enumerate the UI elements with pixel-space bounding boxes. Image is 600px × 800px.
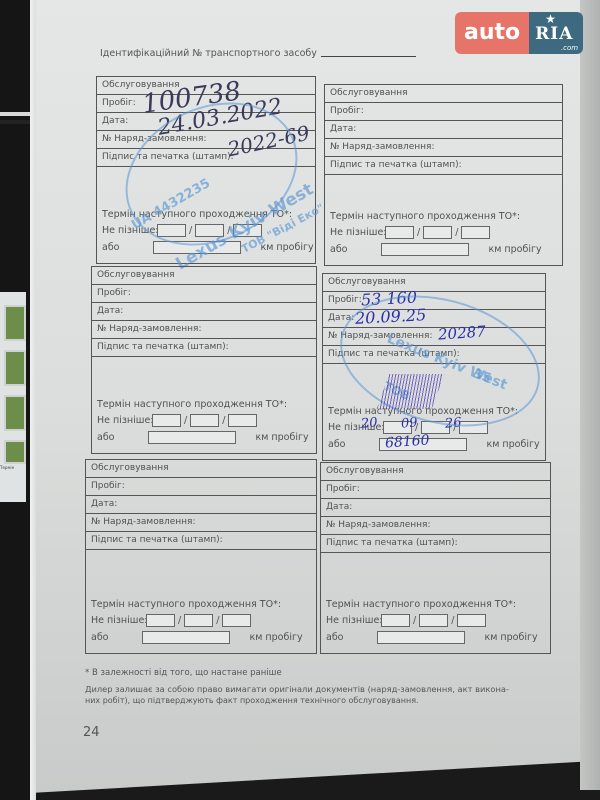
km-label: км пробігу: [261, 242, 314, 253]
service-record-3: ОбслуговуванняПробіг:Дата:№ Наряд-замовл…: [91, 266, 317, 454]
km-label: км пробігу: [487, 439, 540, 450]
date-field[interactable]: Дата:: [86, 496, 316, 514]
next-service-km-row: абокм пробігу: [102, 241, 314, 254]
next-service-date-row: Не пізніше://: [102, 224, 262, 237]
order-number-field[interactable]: № Наряд-замовлення:: [323, 328, 545, 346]
signature-scribble: [377, 374, 445, 409]
slash: /: [455, 227, 458, 238]
signature-field[interactable]: Підпис та печатка (штамп):: [97, 149, 315, 167]
slash: /: [178, 615, 181, 626]
next-service-label: Термін наступного проходження ТО*:: [91, 599, 281, 610]
order-number-field[interactable]: № Наряд-замовлення:: [97, 131, 315, 149]
mileage-field[interactable]: Пробіг:: [92, 285, 316, 303]
mileage-field[interactable]: Пробіг:: [325, 103, 562, 121]
next-month-box[interactable]: [421, 421, 450, 434]
service-title: Обслуговування: [97, 77, 315, 95]
next-service-label: Термін наступного проходження ТО*:: [326, 599, 516, 610]
next-km-box[interactable]: [142, 631, 230, 644]
next-year-box[interactable]: [233, 224, 262, 237]
service-title: Обслуговування: [86, 460, 316, 478]
service-record-1: ОбслуговуванняПробіг:Дата:№ Наряд-замовл…: [96, 76, 316, 264]
signature-field[interactable]: Підпис та печатка (штамп):: [321, 535, 550, 553]
date-field[interactable]: Дата:: [92, 303, 316, 321]
order-number-field[interactable]: № Наряд-замовлення:: [321, 517, 550, 535]
order-number-field[interactable]: № Наряд-замовлення:: [86, 514, 316, 532]
date-field[interactable]: Дата:: [325, 121, 562, 139]
next-month-box[interactable]: [195, 224, 224, 237]
next-service-date-row: Не пізніше://: [97, 414, 257, 427]
next-day-box[interactable]: [381, 614, 410, 627]
next-service-label: Термін наступного проходження ТО*:: [330, 211, 520, 222]
slash: /: [453, 422, 456, 433]
next-service-km-row: абокм пробігу: [97, 431, 309, 444]
next-km-box[interactable]: [148, 431, 236, 444]
next-day-box[interactable]: [385, 226, 414, 239]
service-title: Обслуговування: [323, 274, 545, 292]
or-label: або: [330, 244, 348, 255]
signature-field[interactable]: Підпис та печатка (штамп):: [323, 346, 545, 364]
mileage-field[interactable]: Пробіг:: [86, 478, 316, 496]
order-number-field[interactable]: № Наряд-замовлення:: [92, 321, 316, 339]
next-service-label: Термін наступного проходження ТО*:: [102, 209, 292, 220]
km-label: км пробігу: [250, 632, 303, 643]
watermark-com: .com: [561, 44, 578, 52]
next-km-box[interactable]: [377, 631, 465, 644]
watermark-ria: ★ RIA .com: [529, 12, 583, 54]
next-service-date-row: Не пізніше://: [330, 226, 490, 239]
next-month-box[interactable]: [190, 414, 219, 427]
next-month-box[interactable]: [419, 614, 448, 627]
not-later-label: Не пізніше:: [326, 615, 381, 626]
service-record-5: ОбслуговуванняПробіг:Дата:№ Наряд-замовл…: [85, 459, 317, 654]
date-field[interactable]: Дата:: [323, 310, 545, 328]
autoria-watermark: auto ★ RIA .com: [455, 12, 583, 54]
not-later-label: Не пізніше:: [330, 227, 385, 238]
vin-blank: [321, 56, 416, 57]
slash: /: [222, 415, 225, 426]
date-field[interactable]: Дата:: [97, 113, 315, 131]
next-service-date-row: Не пізніше://: [328, 421, 488, 434]
service-title: Обслуговування: [325, 85, 562, 103]
next-service-km-row: абокм пробігу: [328, 438, 540, 451]
vin-label: Ідентифікаційний № транспортного засобу: [100, 48, 317, 59]
slash: /: [451, 615, 454, 626]
signature-field[interactable]: Підпис та печатка (штамп):: [92, 339, 316, 357]
next-month-box[interactable]: [184, 614, 213, 627]
page-edge: [30, 0, 36, 800]
or-label: або: [97, 432, 115, 443]
next-service-date-row: Не пізніше://: [326, 614, 486, 627]
page-right-edge: [580, 0, 600, 790]
vin-line: Ідентифікаційний № транспортного засобу: [100, 48, 416, 59]
next-year-box[interactable]: [461, 226, 490, 239]
next-service-km-row: абокм пробігу: [326, 631, 538, 644]
or-label: або: [326, 632, 344, 643]
not-later-label: Не пізніше:: [97, 415, 152, 426]
next-km-box[interactable]: [153, 241, 241, 254]
service-record-4: ОбслуговуванняПробіг:Дата:№ Наряд-замовл…: [322, 273, 546, 461]
not-later-label: Не пізніше:: [102, 225, 157, 236]
next-km-box[interactable]: [379, 438, 467, 451]
slash: /: [415, 422, 418, 433]
or-label: або: [328, 439, 346, 450]
mileage-field[interactable]: Пробіг:: [323, 292, 545, 310]
page-number: 24: [83, 725, 100, 740]
next-service-km-row: абокм пробігу: [330, 243, 542, 256]
next-service-km-row: абокм пробігу: [91, 631, 303, 644]
next-year-box[interactable]: [228, 414, 257, 427]
service-record-2: ОбслуговуванняПробіг:Дата:№ Наряд-замовл…: [324, 84, 563, 266]
next-km-box[interactable]: [381, 243, 469, 256]
next-year-box[interactable]: [459, 421, 488, 434]
order-number-field[interactable]: № Наряд-замовлення:: [325, 139, 562, 157]
next-year-box[interactable]: [457, 614, 486, 627]
next-day-box[interactable]: [152, 414, 181, 427]
slash: /: [417, 227, 420, 238]
dealer-note-line-2: них робіт), що підтверджують факт проход…: [85, 696, 419, 705]
slash: /: [184, 415, 187, 426]
slash: /: [189, 225, 192, 236]
km-label: км пробігу: [489, 244, 542, 255]
not-later-label: Не пізніше:: [91, 615, 146, 626]
service-title: Обслуговування: [321, 463, 550, 481]
or-label: або: [102, 242, 120, 253]
next-month-box[interactable]: [423, 226, 452, 239]
signature-field[interactable]: Підпис та печатка (штамп):: [325, 157, 562, 175]
km-label: км пробігу: [485, 632, 538, 643]
watermark-auto: auto: [455, 12, 529, 54]
next-year-box[interactable]: [222, 614, 251, 627]
slash: /: [413, 615, 416, 626]
date-field[interactable]: Дата:: [321, 499, 550, 517]
background-text: Термін: [0, 465, 14, 470]
km-label: км пробігу: [256, 432, 309, 443]
slash: /: [227, 225, 230, 236]
service-title: Обслуговування: [92, 267, 316, 285]
dealer-note-line-1: Дилер залишає за собою право вимагати ор…: [85, 684, 509, 694]
not-later-label: Не пізніше:: [328, 422, 383, 433]
footnote: * В залежності від того, що настане рані…: [85, 668, 282, 678]
slash: /: [216, 615, 219, 626]
next-day-box[interactable]: [146, 614, 175, 627]
next-day-box[interactable]: [157, 224, 186, 237]
mileage-field[interactable]: Пробіг:: [321, 481, 550, 499]
next-service-date-row: Не пізніше://: [91, 614, 251, 627]
signature-field[interactable]: Підпис та печатка (штамп):: [86, 532, 316, 550]
or-label: або: [91, 632, 109, 643]
stamp-text: 35: [471, 366, 493, 386]
next-day-box[interactable]: [383, 421, 412, 434]
watermark-ria-text: RIA: [535, 24, 573, 44]
service-record-6: ОбслуговуванняПробіг:Дата:№ Наряд-замовл…: [320, 462, 551, 654]
mileage-field[interactable]: Пробіг:: [97, 95, 315, 113]
next-service-label: Термін наступного проходження ТО*:: [97, 399, 287, 410]
